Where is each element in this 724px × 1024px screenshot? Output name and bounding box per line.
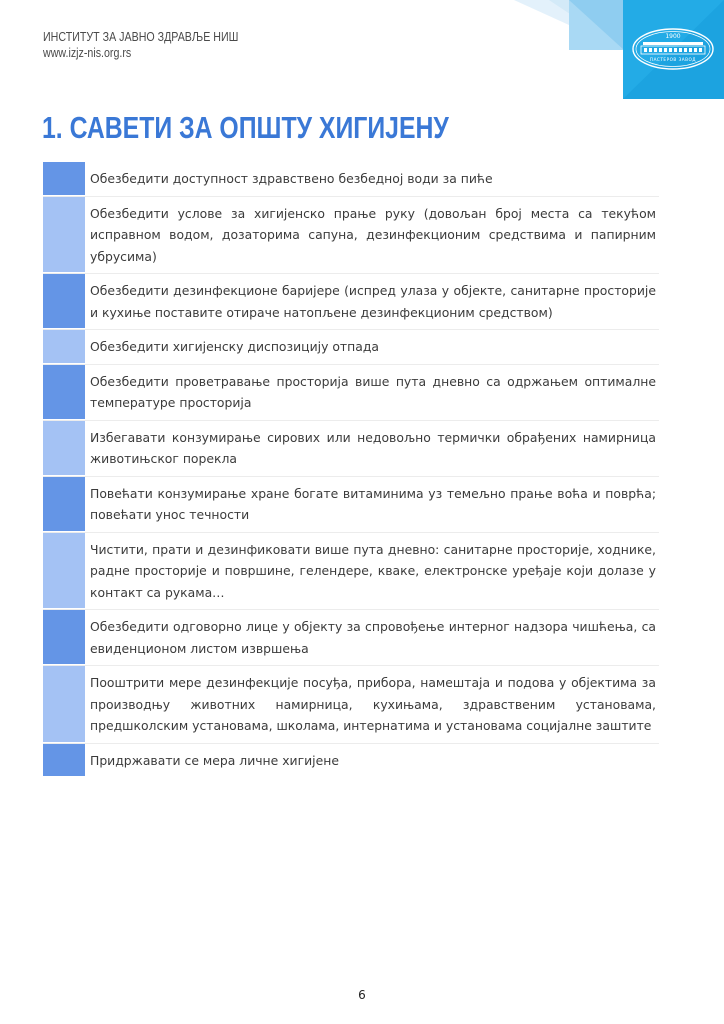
page-number: 6 [0, 988, 724, 1002]
advice-text: Обезбедити доступност здравствено безбед… [85, 162, 659, 196]
row-color-marker [43, 477, 85, 532]
institute-logo: 1900 ПАСТЕРОВ ЗАВОД [623, 0, 724, 99]
advice-row: Обезбедити хигијенску диспозицију отпада [43, 330, 659, 365]
row-color-marker [43, 533, 85, 610]
row-color-marker [43, 666, 85, 743]
advice-text: Обезбедити проветравање просторија више … [85, 365, 659, 420]
advice-text: Обезбедити одговорно лице у објекту за с… [85, 610, 659, 665]
row-color-marker [43, 744, 85, 778]
advice-row: Обезбедити доступност здравствено безбед… [43, 162, 659, 197]
advice-row: Обезбедити одговорно лице у објекту за с… [43, 610, 659, 666]
svg-text:1900: 1900 [665, 33, 680, 40]
advice-row: Избегавати конзумирање сирових или недов… [43, 421, 659, 477]
organization-name: ИНСТИТУТ ЗА ЈАВНО ЗДРАВЉЕ НИШ [43, 29, 238, 45]
row-color-marker [43, 197, 85, 274]
pasteur-institute-emblem-icon: 1900 ПАСТЕРОВ ЗАВОД [631, 27, 715, 71]
website-link[interactable]: www.izjz-nis.org.rs [43, 45, 131, 61]
section-title: 1. САВЕТИ ЗА ОПШТУ ХИГИЈЕНУ [42, 108, 449, 148]
advice-row: Пооштрити мере дезинфекције посуђа, приб… [43, 666, 659, 744]
row-color-marker [43, 365, 85, 420]
advice-text: Обезбедити хигијенску диспозицију отпада [85, 330, 659, 364]
advice-text: Пооштрити мере дезинфекције посуђа, приб… [85, 666, 659, 743]
row-color-marker [43, 162, 85, 196]
advice-text: Придржавати се мера личне хигијене [85, 744, 659, 778]
advice-row: Обезбедити дезинфекционе баријере (испре… [43, 274, 659, 330]
row-color-marker [43, 610, 85, 665]
advice-row: Чистити, прати и дезинфиковати више пута… [43, 533, 659, 611]
row-color-marker [43, 330, 85, 364]
advice-text: Обезбедити услове за хигијенско прање ру… [85, 197, 659, 274]
advice-text: Повећати конзумирање хране богате витами… [85, 477, 659, 532]
advice-row: Придржавати се мера личне хигијене [43, 744, 659, 778]
advice-row: Обезбедити услове за хигијенско прање ру… [43, 197, 659, 275]
advice-text: Чистити, прати и дезинфиковати више пута… [85, 533, 659, 610]
row-color-marker [43, 421, 85, 476]
svg-text:ПАСТЕРОВ ЗАВОД: ПАСТЕРОВ ЗАВОД [650, 57, 696, 62]
row-color-marker [43, 274, 85, 329]
advice-text: Обезбедити дезинфекционе баријере (испре… [85, 274, 659, 329]
advice-row: Повећати конзумирање хране богате витами… [43, 477, 659, 533]
hygiene-advice-table: Обезбедити доступност здравствено безбед… [43, 162, 659, 777]
advice-text: Избегавати конзумирање сирових или недов… [85, 421, 659, 476]
advice-row: Обезбедити проветравање просторија више … [43, 365, 659, 421]
